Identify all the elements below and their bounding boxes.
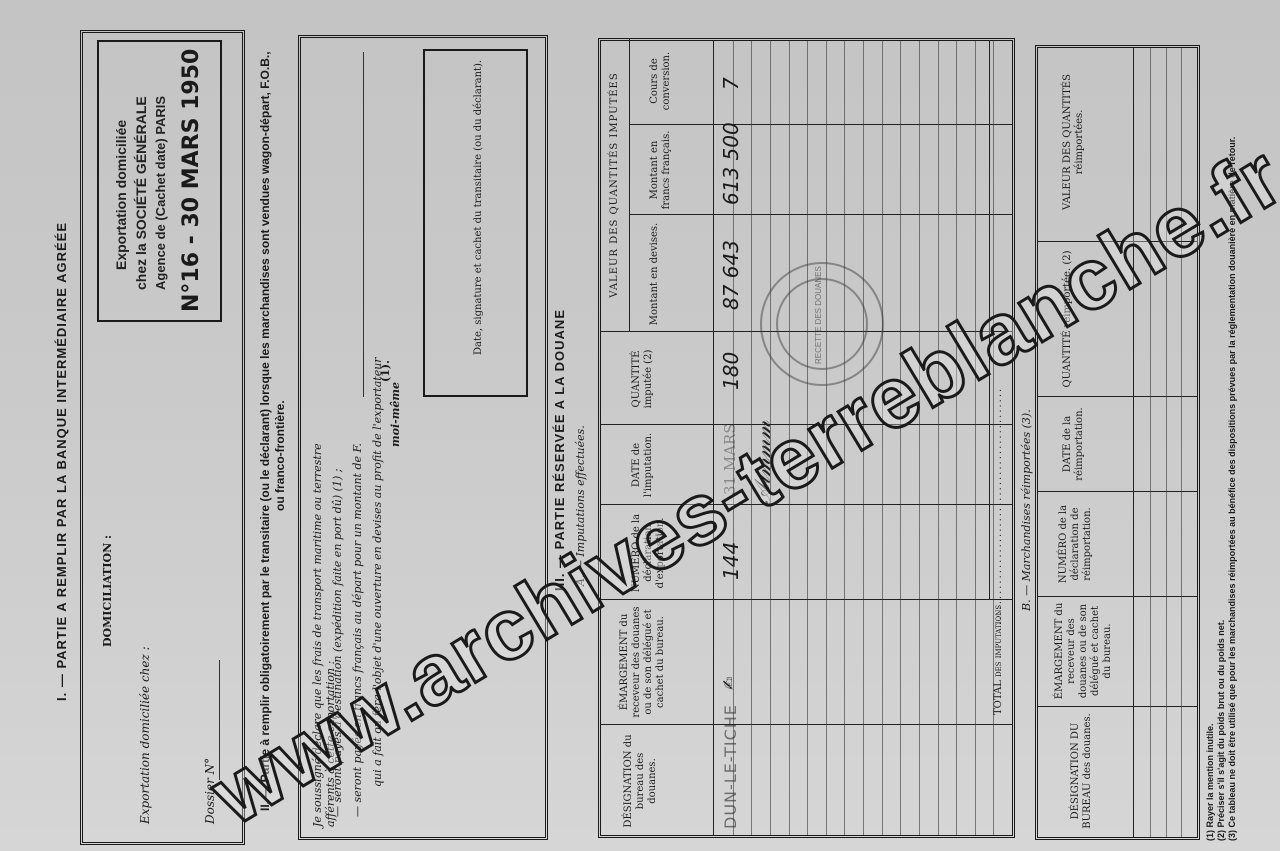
dossier-label: Dossier N° — [203, 758, 217, 824]
col-emargement: ÉMARGEMENT du receveur des douanes ou de… — [619, 603, 667, 721]
footnote-3: (3) Ce tableau ne doit être utilisé que … — [1227, 11, 1238, 841]
dossier-line — [219, 660, 220, 780]
cell-montant-francs: 613 500 — [719, 122, 743, 205]
colB-emargement: ÉMARGEMENT du receveur des douanes ou de… — [1054, 599, 1114, 703]
total-dots: ........................................… — [993, 387, 1004, 625]
handwritten-signature: 𝒜𝓁𝓂𝓂𝓂 — [751, 421, 776, 505]
col-cours: Cours de conversion. — [649, 39, 673, 123]
cell-emargement: ✍ — [719, 677, 738, 690]
section1-title: I. — PARTIE A REMPLIR PAR LA BANQUE INTE… — [54, 101, 69, 701]
domiciliation-label: DOMICILIATION : — [101, 535, 114, 647]
section3-subA: A. — Imputations effectuées. — [574, 425, 587, 586]
reimport-table: DÉSIGNATION DU BUREAU des douanes. ÉMARG… — [1035, 45, 1200, 840]
stamp-handwritten-date: N°16 - 30 MARS 1950 — [179, 49, 204, 312]
footnotes: (1) Rayer la mention inutile. (2) Précis… — [1205, 11, 1238, 841]
colB-date: DATE de la réimportation. — [1062, 399, 1086, 489]
customs-seal: RECETTE DES DOUANES — [760, 262, 884, 386]
col-bureau: DÉSIGNATION du bureau des douanes. — [623, 731, 659, 831]
declaration-item3b: moi-même — [389, 382, 402, 447]
sectionB-title: B. — Marchandises réimportées (3). — [1020, 409, 1033, 611]
cell-date: 31 MARS — [721, 423, 739, 495]
cell-bureau: DUN-LE-TICHE — [721, 704, 740, 829]
col-quantite: QUANTITÉ imputée (2) — [631, 335, 655, 423]
footnote-1: (1) Rayer la mention inutile. — [1205, 11, 1216, 841]
col-date: DATE de l'imputation. — [631, 427, 655, 503]
stamp-line3: Agence de (Cachet date) PARIS — [153, 96, 168, 290]
amount-line — [363, 52, 364, 397]
col-numero: NUMÉRO de la déclaration d'exportation. — [631, 507, 667, 599]
signature-box: Date, signature et cachet du transitaire… — [423, 49, 528, 397]
signature-box-label: Date, signature et cachet du transitaire… — [473, 60, 484, 355]
colB-numero: NUMÉRO de la déclaration de réimportatio… — [1058, 495, 1094, 593]
export-label: Exportation domiciliée chez : — [138, 646, 152, 824]
imputations-table: DÉSIGNATION du bureau des douanes. ÉMARG… — [598, 38, 1015, 838]
declaration-item1: — seront payés à destination (expédition… — [331, 469, 344, 817]
value-header: VALEUR DES QUANTITÉS IMPUTÉES — [609, 40, 621, 330]
colB-valeur: VALEUR DES QUANTITÉS réimportées. — [1062, 47, 1086, 237]
cell-quantite: 180 — [719, 352, 743, 390]
cell-montant-devises: 87 643 — [719, 240, 743, 310]
stamp-line2: chez la SOCIÉTÉ GÉNÉRALE — [133, 96, 149, 290]
declaration-note: (1). — [379, 360, 392, 382]
cell-numero: 144 — [719, 542, 743, 580]
colB-bureau: DÉSIGNATION DU BUREAU des douanes. — [1070, 711, 1094, 831]
stamp-line1: Exportation domiciliée — [113, 120, 129, 270]
declaration-item2: — seront payés en francs français au dép… — [351, 443, 364, 817]
section1-box: DOMICILIATION : Exportation domiciliée c… — [80, 30, 245, 845]
seal-text: RECETTE DES DOUANES — [814, 266, 823, 364]
col-montant-francs: Montant en francs français. — [649, 127, 673, 213]
section3-title: III. — PARTIE RÉSERVÉE A LA DOUANE — [552, 309, 567, 591]
section2-box: Je soussigné déclare que les frais de tr… — [298, 35, 548, 840]
colB-quantite: QUANTITÉ réimportée. (2) — [1062, 245, 1074, 393]
customs-form-page: I. — PARTIE A REMPLIR PAR LA BANQUE INTE… — [0, 0, 1280, 851]
reimport-ruled-area — [1134, 48, 1197, 837]
section2-title-line2: ou franco-frontière. — [273, 31, 288, 811]
declaration-item3a: qui a fait ou fera l'objet d'une ouvertu… — [371, 357, 384, 787]
col-montant-devises: Montant en devises. — [649, 218, 661, 330]
footnote-2: (2) Préciser s'il s'agit du poids brut o… — [1216, 11, 1227, 841]
bank-stamp-box: Exportation domiciliée chez la SOCIÉTÉ G… — [97, 40, 222, 322]
cell-cours: 7 — [719, 77, 743, 90]
section2-title-line1: II. — Partie à remplir obligatoirement p… — [258, 31, 273, 811]
section2-title: II. — Partie à remplir obligatoirement p… — [258, 31, 288, 811]
